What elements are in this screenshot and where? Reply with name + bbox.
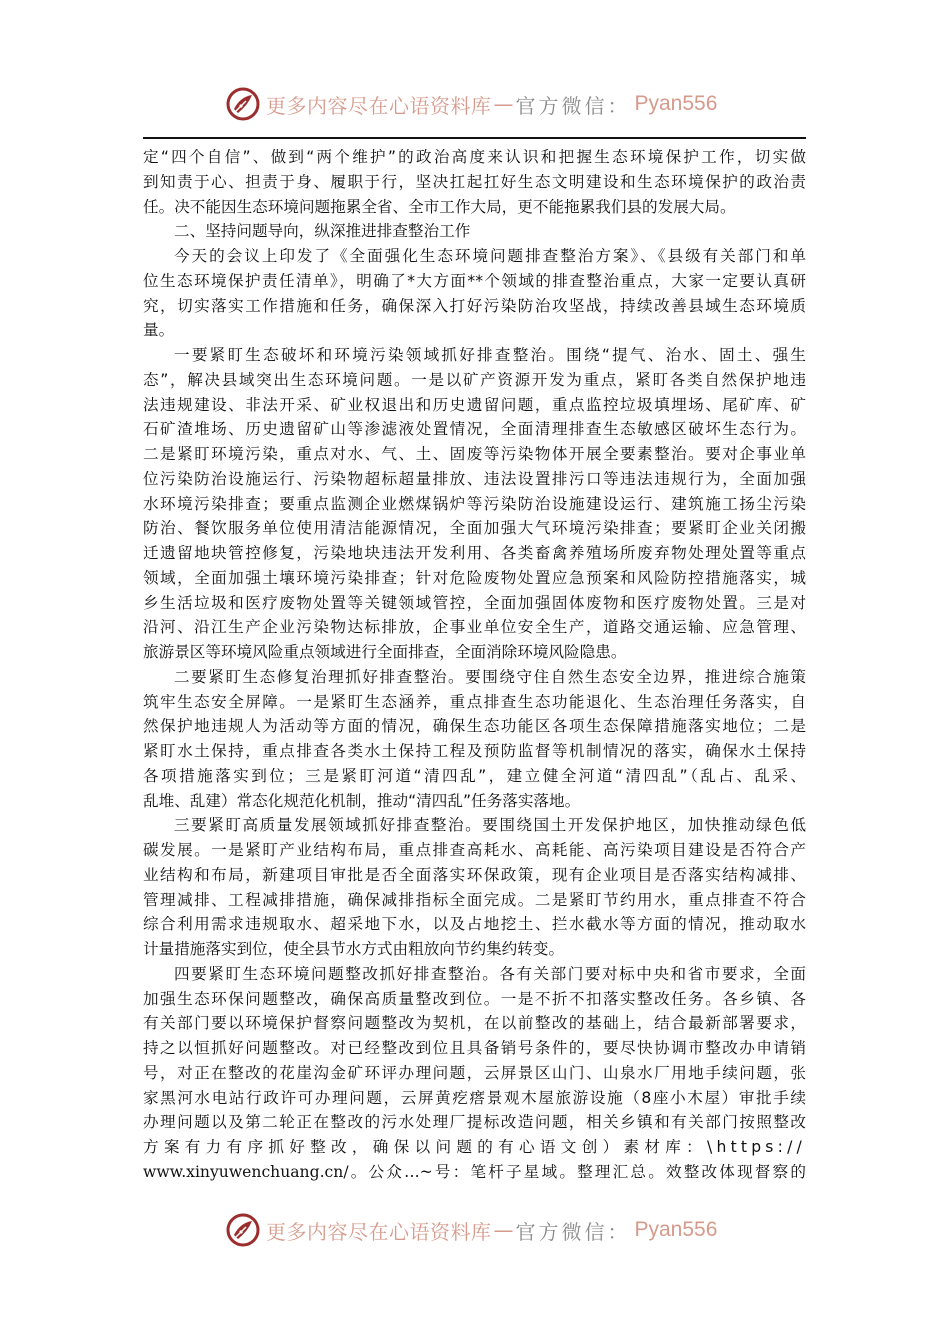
text-line: 然保护地违规人为活动等方面的情况，确保生态功能区各项生态保障措施落实地位；二是 xyxy=(143,714,806,739)
pen-nib-logo-icon xyxy=(226,1213,260,1247)
text-line: 任。决不能因生态环境问题拖累全省、全市工作大局，更不能拖累我们县的发展大局。 xyxy=(143,195,806,220)
text-line: 旅游景区等环境风险重点领域进行全面排查，全面消除环境风险隐患。 xyxy=(143,640,806,665)
text-line: 办理问题以及第二轮正在整改的污水处理厂提标改造问题，相关乡镇和有关部门按照整改 xyxy=(143,1110,806,1135)
text-line: 位污染防治设施运行、污染物超标超量排放、违法设置排污口等违法违规行为，全面加强 xyxy=(143,467,806,492)
text-line: 量。 xyxy=(143,318,806,343)
watermark-header: 更多内容尽在心语资料库 — 官方微信： Pyan556 xyxy=(226,84,717,124)
text-line: 一要紧盯生态破坏和环境污染领域抓好排查整治。围绕“提气、治水、固土、强生 xyxy=(143,343,806,368)
watermark-official-label: 官方微信： xyxy=(516,1216,631,1245)
text-line: 碳发展。一是紧盯产业结构布局，重点排查高耗水、高耗能、高污染项目建设是否符合产 xyxy=(143,838,806,863)
text-line: 管理减排、工程减排措施，确保减排指标全面完成。二是紧盯节约用水，重点排查不符合 xyxy=(143,888,806,913)
header-rule xyxy=(143,137,806,139)
watermark-title: 更多内容尽在心语资料库 xyxy=(266,90,492,119)
text-line: 石矿渣堆场、历史遗留矿山等渗滤液处置情况，全面清理排查生态敏感区破坏生态行为。 xyxy=(143,417,806,442)
watermark-wechat-id: Pyan556 xyxy=(635,92,718,116)
watermark-title: 更多内容尽在心语资料库 xyxy=(266,1216,492,1245)
text-line: 各项措施落实到位；三是紧盯河道“清四乱”，建立健全河道“清四乱”（乱占、乱采、 xyxy=(143,764,806,789)
text-line: 综合利用需求违规取水、超采地下水，以及占地挖土、拦水截水等方面的情况，推动取水 xyxy=(143,912,806,937)
text-line: 三要紧盯高质量发展领域抓好排查整治。要围绕国土开发保护地区，加快推动绿色低 xyxy=(143,813,806,838)
text-line: 四要紧盯生态环境问题整改抓好排查整治。各有关部门要对标中央和省市要求，全面 xyxy=(143,962,806,987)
watermark-dash: — xyxy=(494,92,514,116)
pen-nib-logo-icon xyxy=(226,87,260,121)
text-line: 今天的会议上印发了《全面强化生态环境问题排查整治方案》、《县级有关部门和单 xyxy=(143,244,806,269)
text-line: 乡生活垃圾和医疗废物处置等关键领域管控，全面加强固体废物和医疗废物处置。三是对 xyxy=(143,591,806,616)
text-line: 法违规建设、非法开采、矿业权退出和历史遗留问题，重点监控垃圾填埋场、尾矿库、矿 xyxy=(143,393,806,418)
text-line-url: www.xinyuwenchuang.cn/。公众…~号：笔杆子星域。整理汇总。… xyxy=(143,1160,806,1185)
text-line: 持之以恒抓好问题整改。对已经整改到位且具备销号条件的，要尽快协调市整改办申请销 xyxy=(143,1036,806,1061)
text-line: 二是紧盯环境污染，重点对水、气、土、固废等污染物体开展全要素整治。要对企事业单 xyxy=(143,442,806,467)
text-line: 紧盯水土保持，重点排查各类水土保持工程及预防监督等机制情况的落实，确保水土保持 xyxy=(143,739,806,764)
text-line: 乱堆、乱建）常态化规范化机制，推动“清四乱”任务落实落地。 xyxy=(143,789,806,814)
text-line: 加强生态环保问题整改，确保高质量整改到位。一是不折不扣落实整改任务。各乡镇、各 xyxy=(143,987,806,1012)
text-line: 究，切实落实工作措施和任务，确保深入打好污染防治攻坚战，持续改善县域生态环境质 xyxy=(143,294,806,319)
text-line: 计量措施落实到位，使全县节水方式由粗放向节约集约转变。 xyxy=(143,937,806,962)
text-line: 定“四个自信”、做到“两个维护”的政治高度来认识和把握生态环境保护工作，切实做 xyxy=(143,145,806,170)
text-line: 到知责于心、担责于身、履职于行，坚决扛起扛好生态文明建设和生态环境保护的政治责 xyxy=(143,170,806,195)
text-line: 沿河、沿江生产企业污染物达标排放，企事业单位安全生产，道路交通运输、应急管理、 xyxy=(143,615,806,640)
text-line: 防治、餐饮服务单位使用清洁能源情况，全面加强大气环境污染排查；要紧盯企业关闭搬 xyxy=(143,516,806,541)
text-line: 家黑河水电站行政许可办理问题，云屏黄疙瘩景观木屋旅游设施（8座小木屋）审批手续 xyxy=(143,1086,806,1111)
section-heading: 二、坚持问题导向，纵深推进排查整治工作 xyxy=(143,219,806,244)
watermark-official-label: 官方微信： xyxy=(516,90,631,119)
text-line: 号，对正在整改的花崖沟金矿环评办理问题，云屏景区山门、山泉水厂用地手续问题，张 xyxy=(143,1061,806,1086)
watermark-footer: 更多内容尽在心语资料库 — 官方微信： Pyan556 xyxy=(226,1210,717,1250)
text-line: 方案有力有序抓好整改，确保以问题的有心语文创）素材库：\https:// xyxy=(143,1135,806,1160)
watermark-dash: — xyxy=(494,1218,514,1242)
text-line: 筑牢生态安全屏障。一是紧盯生态涵养，重点排查生态功能退化、生态治理任务落实，自 xyxy=(143,690,806,715)
text-line: 二要紧盯生态修复治理抓好排查整治。要围绕守住自然生态安全边界，推进综合施策 xyxy=(143,665,806,690)
text-line: 水环境污染排查；要重点监测企业燃煤锅炉等污染防治设施建设运行、建筑施工扬尘污染 xyxy=(143,492,806,517)
text-line: 业结构和布局，新建项目审批是否全面落实环保政策，现有企业项目是否落实结构减排、 xyxy=(143,863,806,888)
text-line: 位生态环境保护责任清单》，明确了*大方面**个领域的排查整治重点，大家一定要认真… xyxy=(143,269,806,294)
text-line: 有关部门要以环境保护督察问题整改为契机，在以前整改的基础上，结合最新部署要求， xyxy=(143,1011,806,1036)
text-line: 迁遗留地块管控修复，污染地块违法开发利用、各类畜禽养殖场所废弃物处理处置等重点 xyxy=(143,541,806,566)
document-body: 定“四个自信”、做到“两个维护”的政治高度来认识和把握生态环境保护工作，切实做 … xyxy=(143,145,806,1185)
watermark-wechat-id: Pyan556 xyxy=(635,1218,718,1242)
text-line: 领域，全面加强土壤环境污染排查；针对危险废物处置应急预案和风险防控措施落实，城 xyxy=(143,566,806,591)
text-line: 态”，解决县域突出生态环境问题。一是以矿产资源开发为重点，紧盯各类自然保护地违 xyxy=(143,368,806,393)
